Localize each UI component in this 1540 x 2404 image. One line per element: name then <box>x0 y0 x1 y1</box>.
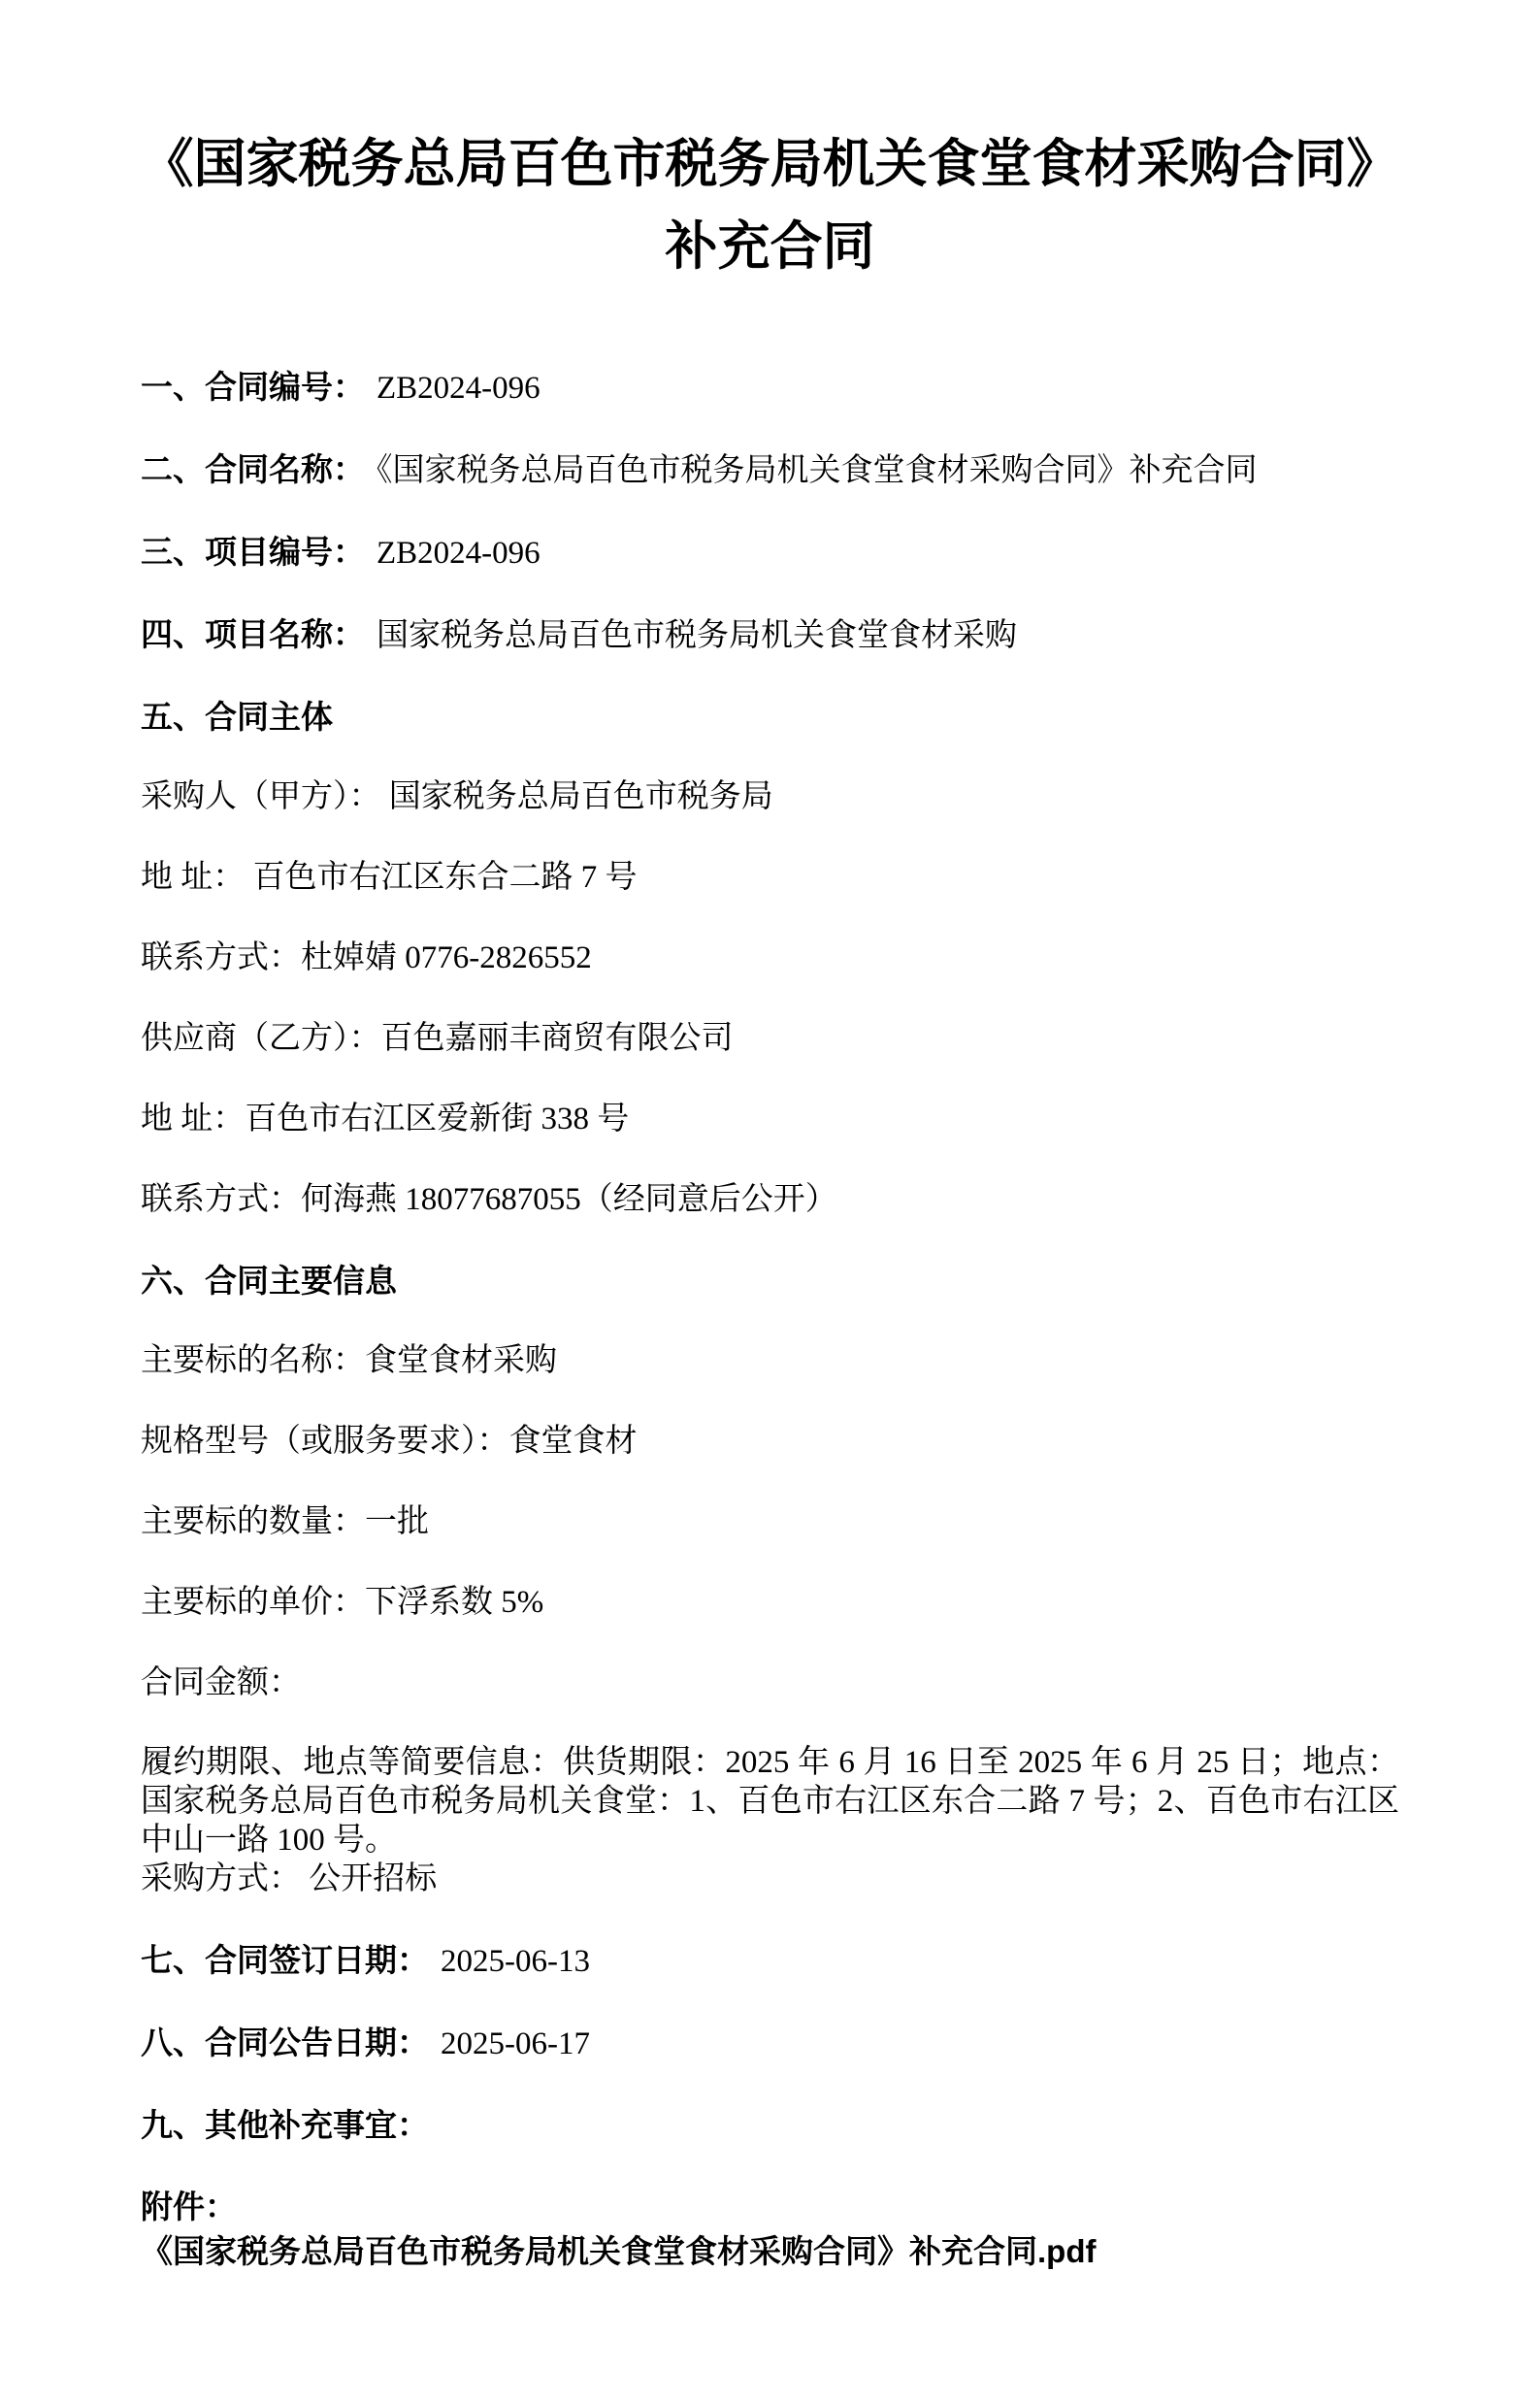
announce-date-value: 2025-06-17 <box>441 2026 590 2061</box>
procurement-method-line: 采购方式： 公开招标 <box>141 1860 1399 1898</box>
contract-name-value: 《国家税务总局百色市税务局机关食堂食材采购合同》补充合同 <box>377 453 1258 488</box>
announce-date-line: 八、合同公告日期：2025-06-17 <box>141 2022 1399 2065</box>
performance-info-block: 履约期限、地点等简要信息：供货期限：2025 年 6 月 16 日至 2025 … <box>141 1743 1399 1898</box>
supplier-contact-line: 联系方式：何海燕 18077687055（经同意后公开） <box>141 1179 1399 1221</box>
contract-amount-line: 合同金额： <box>141 1663 1399 1704</box>
attachment-block: 附件： 《国家税务总局百色市税务局机关食堂食材采购合同》补充合同.pdf <box>141 2185 1399 2274</box>
project-name-label: 四、项目名称： <box>141 616 365 652</box>
project-number-label: 三、项目编号： <box>141 534 365 570</box>
attachment-pdf-link[interactable]: 《国家税务总局百色市税务局机关食堂食材采购合同》补充合同.pdf <box>141 2229 1399 2274</box>
document-title: 《国家税务总局百色市税务局机关食堂食材采购合同》 补充合同 <box>141 123 1399 288</box>
contract-name-label: 二、合同名称： <box>141 451 365 487</box>
spec-model-line: 规格型号（或服务要求）：食堂食材 <box>141 1421 1399 1463</box>
performance-info-paragraph: 履约期限、地点等简要信息：供货期限：2025 年 6 月 16 日至 2025 … <box>141 1743 1399 1860</box>
attachment-heading: 附件： <box>141 2185 1399 2229</box>
document-title-line2: 补充合同 <box>141 206 1399 288</box>
subject-unit-price-line: 主要标的单价：下浮系数 5% <box>141 1582 1399 1624</box>
project-name-value: 国家税务总局百色市税务局机关食堂食材采购 <box>377 618 1017 653</box>
buyer-line: 采购人（甲方）： 国家税务总局百色市税务局 <box>141 776 1399 818</box>
other-matters-heading: 九、其他补充事宜： <box>141 2104 1399 2146</box>
contract-name-line: 二、合同名称：《国家税务总局百色市税务局机关食堂食材采购合同》补充合同 <box>141 448 1399 492</box>
main-info-section-heading: 六、合同主要信息 <box>141 1260 1399 1301</box>
contract-number-label: 一、合同编号： <box>141 369 365 405</box>
parties-section-heading: 五、合同主体 <box>141 696 1399 738</box>
announce-date-label: 八、合同公告日期： <box>141 2025 429 2060</box>
sign-date-line: 七、合同签订日期：2025-06-13 <box>141 1939 1399 1983</box>
sign-date-value: 2025-06-13 <box>441 1944 590 1979</box>
sign-date-label: 七、合同签订日期： <box>141 1942 429 1978</box>
supplier-address-line: 地 址：百色市右江区爱新街 338 号 <box>141 1099 1399 1140</box>
supplier-line: 供应商（乙方）：百色嘉丽丰商贸有限公司 <box>141 1018 1399 1060</box>
project-number-value: ZB2024-096 <box>377 536 541 571</box>
project-number-line: 三、项目编号：ZB2024-096 <box>141 531 1399 575</box>
document-title-line1: 《国家税务总局百色市税务局机关食堂食材采购合同》 <box>141 123 1399 206</box>
subject-name-line: 主要标的名称：食堂食材采购 <box>141 1340 1399 1382</box>
subject-quantity-line: 主要标的数量：一批 <box>141 1501 1399 1543</box>
buyer-contact-line: 联系方式：杜婥婧 0776-2826552 <box>141 938 1399 979</box>
contract-number-value: ZB2024-096 <box>377 371 541 406</box>
contract-number-line: 一、合同编号：ZB2024-096 <box>141 366 1399 410</box>
contract-document-page: 《国家税务总局百色市税务局机关食堂食材采购合同》 补充合同 一、合同编号：ZB2… <box>0 0 1540 2404</box>
buyer-address-line: 地 址： 百色市右江区东合二路 7 号 <box>141 857 1399 899</box>
project-name-line: 四、项目名称：国家税务总局百色市税务局机关食堂食材采购 <box>141 613 1399 657</box>
